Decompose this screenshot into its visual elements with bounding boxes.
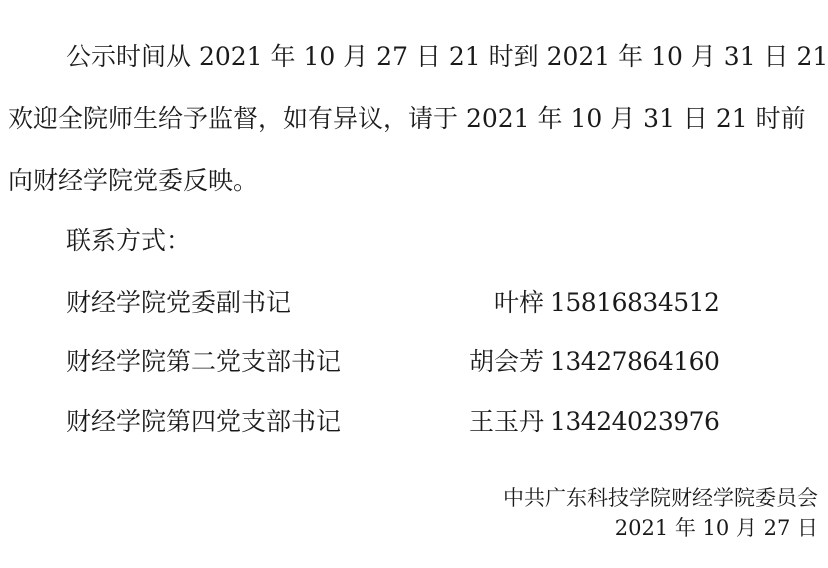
- contact-name: 胡会芳: [469, 346, 544, 378]
- signature-organization: 中共广东科技学院财经学院委员会: [503, 485, 818, 511]
- contact-row: 财经学院第二党支部书记 胡会芳 13427864160: [66, 346, 686, 378]
- notice-line-3: 向财经学院党委反映。: [8, 166, 258, 196]
- contact-title: 财经学院党委副书记: [66, 287, 291, 319]
- contact-name: 王玉丹: [469, 406, 544, 438]
- contact-phone: 15816834512: [550, 287, 719, 319]
- contact-phone: 13427864160: [550, 346, 719, 378]
- notice-line-1: 公示时间从 2021 年 10 月 27 日 21 时到 2021 年 10 月…: [66, 42, 828, 72]
- contact-heading: 联系方式：: [66, 226, 191, 256]
- signature-date: 2021 年 10 月 27 日: [615, 515, 818, 541]
- contact-row: 财经学院党委副书记 叶梓 15816834512: [66, 287, 686, 319]
- contact-title: 财经学院第四党支部书记: [66, 406, 341, 438]
- contact-phone: 13424023976: [550, 406, 719, 438]
- notice-line-2: 欢迎全院师生给予监督，如有异议，请于 2021 年 10 月 31 日 21 时…: [8, 104, 806, 134]
- contact-title: 财经学院第二党支部书记: [66, 346, 341, 378]
- contact-name: 叶梓: [494, 287, 544, 319]
- contact-row: 财经学院第四党支部书记 王玉丹 13424023976: [66, 406, 686, 438]
